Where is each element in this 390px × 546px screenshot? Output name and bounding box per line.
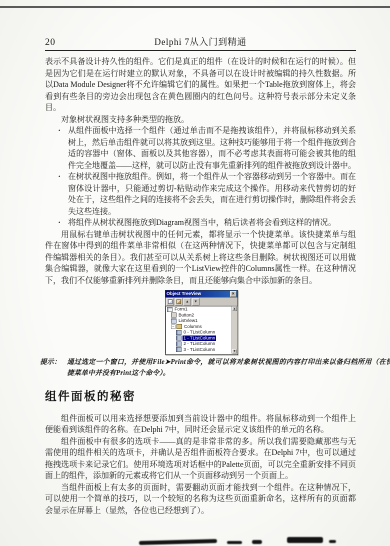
window-title: Object TreeView bbox=[166, 291, 230, 297]
delete-item-icon bbox=[176, 299, 181, 304]
tree-item-listcolumn-3[interactable]: 3 - TListColumn bbox=[166, 347, 237, 353]
section-paragraph: 组件面板中有很多的选项卡——真的是非常非常的多。所以我们需要隐藏那些与无需使用的… bbox=[45, 436, 356, 482]
scan-edge-line bbox=[0, 6, 390, 8]
page-body: 表示不具备设计持久性的组件。它们是真正的组件（在设计的时候和在运行的时候）。但是… bbox=[45, 56, 356, 516]
scan-artifact bbox=[227, 541, 242, 544]
paragraph-context-menu: 用鼠标右键单击树状视图中的任何元素，都将显示一个快捷菜单。该快捷菜单与组件在窗体… bbox=[45, 229, 356, 287]
tip-text: 通过选定一个窗口，并使用File➤Print命令，就可以将对象树状视图的内容打印… bbox=[67, 359, 390, 377]
form-icon bbox=[167, 307, 173, 312]
bullet-icon: · bbox=[58, 125, 61, 137]
bullet-text: 在树状视图中拖放组件。例如，将一个组件从一个容器移动到另一个容器中。而在窗体设计… bbox=[68, 172, 356, 216]
bullet-text: 从组件面板中选择一个组件（通过单击而不是拖拽该组件），并将鼠标移动到关系树上，然… bbox=[68, 126, 356, 170]
treeview-toolbar: ▲ ▼ bbox=[165, 298, 237, 307]
page-header: 20 Delphi 7从入门到精通 bbox=[45, 29, 356, 51]
paragraph-dragdrop-lead: 对象树状视图支持多种类型的拖放。 bbox=[45, 114, 356, 126]
bullet-list: · 从组件面板中选择一个组件（通过单击而不是拖拽该组件），并将鼠标移动到关系树上… bbox=[45, 125, 356, 229]
bullet-text: 将组件从树状视图拖放到Diagram视图当中，稍后读者将会看到这样的情况。 bbox=[68, 218, 336, 227]
move-down-button[interactable]: ▼ bbox=[192, 298, 200, 306]
delete-item-button[interactable] bbox=[175, 298, 183, 306]
treeview-panel: Form1 Button2 ListView1 − Columns bbox=[165, 306, 237, 354]
object-treeview-window: Object TreeView × ▲ ▼ Form1 Button2 bbox=[165, 290, 238, 355]
listcolumn-icon bbox=[176, 330, 182, 335]
section-heading: 组件面板的秘密 bbox=[45, 392, 356, 404]
section-paragraph: 当组件面板上有太多的页面时，需要翻动页面才能找到一个组件。在这种情况下，可以使用… bbox=[45, 482, 356, 517]
scan-artifact bbox=[287, 537, 323, 543]
bullet-icon: · bbox=[58, 171, 61, 183]
tip-note: 提示： 通过选定一个窗口，并使用File➤Print命令，就可以将对象树状视图的… bbox=[40, 357, 390, 379]
scan-artifact bbox=[139, 539, 217, 545]
window-titlebar[interactable]: Object TreeView × bbox=[165, 291, 237, 298]
up-arrow-icon: ▲ bbox=[185, 300, 188, 304]
new-item-icon bbox=[168, 299, 173, 304]
paragraph-intro: 表示不具备设计持久性的组件。它们是真正的组件（在设计的时候和在运行的时候）。但是… bbox=[45, 56, 356, 114]
down-arrow-icon: ▼ bbox=[194, 300, 197, 304]
collapse-toggle-icon[interactable]: − bbox=[171, 324, 176, 329]
scroll-down-icon[interactable]: ▼ bbox=[232, 349, 237, 354]
vertical-scrollbar[interactable]: ▲ ▼ bbox=[231, 307, 237, 354]
new-item-button[interactable] bbox=[166, 298, 174, 306]
bullet-icon: · bbox=[58, 217, 61, 229]
listcolumn-icon bbox=[176, 347, 182, 352]
scan-artifact bbox=[252, 540, 262, 544]
object-treeview-figure: Object TreeView × ▲ ▼ Form1 Button2 bbox=[165, 290, 237, 354]
listcolumn-icon bbox=[176, 336, 182, 341]
section-paragraph: 组件面板可以用来选择想要添加到当前设计器中的组件。将鼠标移动到一个组件上便能看到… bbox=[45, 413, 356, 436]
list-item: · 将组件从树状视图拖放到Diagram视图当中，稍后读者将会看到这样的情况。 bbox=[45, 217, 356, 229]
close-icon[interactable]: × bbox=[230, 291, 237, 297]
columns-collection-icon bbox=[176, 324, 182, 329]
scan-artifact bbox=[329, 540, 336, 543]
list-item: · 从组件面板中选择一个组件（通过单击而不是拖拽该组件），并将鼠标移动到关系树上… bbox=[45, 125, 356, 171]
scroll-up-icon[interactable]: ▲ bbox=[232, 307, 237, 312]
listcolumn-icon bbox=[176, 341, 182, 346]
page-number: 20 bbox=[45, 38, 56, 48]
button-component-icon bbox=[171, 313, 177, 318]
list-item: · 在树状视图中拖放组件。例如，将一个组件从一个容器移动到另一个容器中。而在窗体… bbox=[45, 171, 356, 217]
listview-component-icon bbox=[171, 318, 177, 323]
tip-label: 提示： bbox=[40, 357, 61, 368]
move-up-button[interactable]: ▲ bbox=[183, 298, 191, 306]
book-title: Delphi 7从入门到精通 bbox=[154, 35, 246, 48]
